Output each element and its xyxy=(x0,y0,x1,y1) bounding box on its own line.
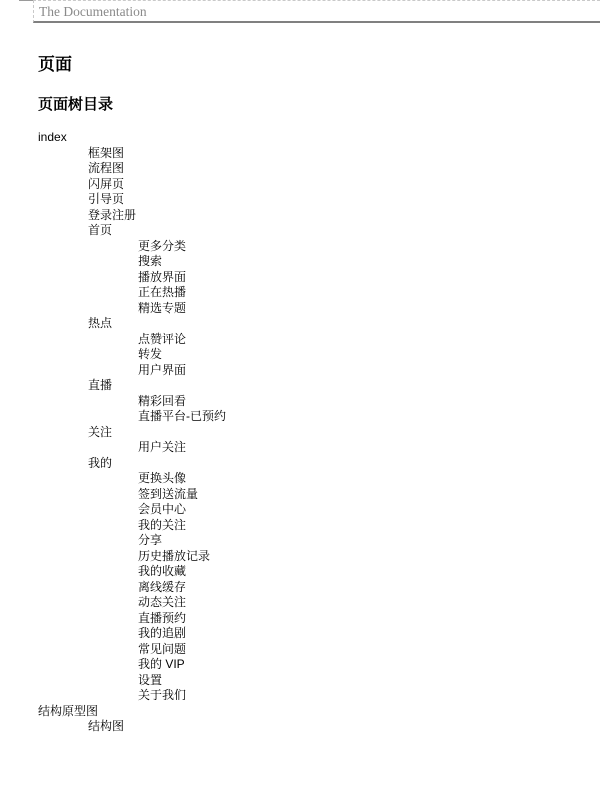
tree-item: 我的追剧 xyxy=(38,626,600,642)
tree-item: 用户关注 xyxy=(38,440,600,456)
tree-item: 用户界面 xyxy=(38,363,600,379)
tree-item: 搜索 xyxy=(38,254,600,270)
page-tree-title: 页面树目录 xyxy=(38,96,600,114)
tree-item: 首页 xyxy=(38,223,600,239)
document-header-title: The Documentation xyxy=(39,4,147,19)
page-tree: index框架图流程图闪屏页引导页登录注册首页更多分类搜索播放界面正在热播精选专… xyxy=(38,130,600,735)
tree-item: 设置 xyxy=(38,673,600,689)
tree-item: index xyxy=(38,130,600,146)
tree-item: 闪屏页 xyxy=(38,177,600,193)
tree-item: 点赞评论 xyxy=(38,332,600,348)
tree-item: 关注 xyxy=(38,425,600,441)
tree-item: 我的 VIP xyxy=(38,657,600,673)
tree-item: 结构图 xyxy=(38,719,600,735)
tree-item: 常见问题 xyxy=(38,642,600,658)
tree-item: 历史播放记录 xyxy=(38,549,600,565)
tree-item: 直播平台-已预约 xyxy=(38,409,600,425)
page-title: 页面 xyxy=(38,55,600,75)
tree-item: 关于我们 xyxy=(38,688,600,704)
tree-item: 流程图 xyxy=(38,161,600,177)
tree-item: 正在热播 xyxy=(38,285,600,301)
tree-item: 直播预约 xyxy=(38,611,600,627)
tree-item: 精彩回看 xyxy=(38,394,600,410)
tree-item: 结构原型图 xyxy=(38,704,600,720)
tree-item: 离线缓存 xyxy=(38,580,600,596)
tree-item: 更换头像 xyxy=(38,471,600,487)
tree-item: 精选专题 xyxy=(38,301,600,317)
tree-item: 转发 xyxy=(38,347,600,363)
tree-item: 分享 xyxy=(38,533,600,549)
tree-item: 我的关注 xyxy=(38,518,600,534)
tree-item: 我的收藏 xyxy=(38,564,600,580)
tree-item: 签到送流量 xyxy=(38,487,600,503)
tree-item: 登录注册 xyxy=(38,208,600,224)
tree-item: 引导页 xyxy=(38,192,600,208)
document-page: The Documentation 页面 页面树目录 index框架图流程图闪屏… xyxy=(0,0,600,785)
tree-item: 播放界面 xyxy=(38,270,600,286)
tree-item: 会员中心 xyxy=(38,502,600,518)
gridline-segment xyxy=(19,0,33,1)
tree-item: 框架图 xyxy=(38,146,600,162)
tree-item: 直播 xyxy=(38,378,600,394)
tree-item: 动态关注 xyxy=(38,595,600,611)
tree-item: 我的 xyxy=(38,456,600,472)
document-header: The Documentation xyxy=(33,0,600,23)
tree-item: 热点 xyxy=(38,316,600,332)
tree-item: 更多分类 xyxy=(38,239,600,255)
